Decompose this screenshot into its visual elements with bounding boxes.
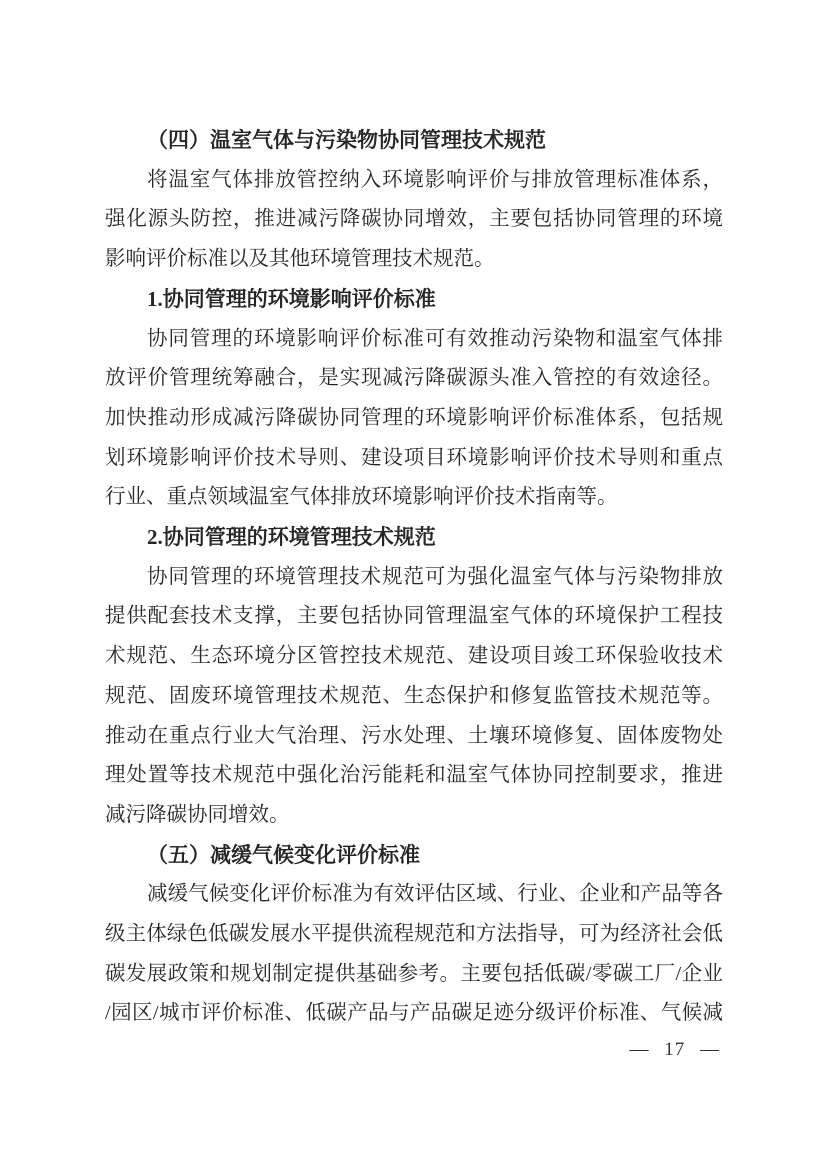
section-heading: （五）减缓气候变化评价标准: [105, 836, 723, 876]
page-number: — 17 —: [630, 1038, 721, 1062]
paragraph-line: 减缓气候变化评价标准为有效评估区域、行业、企业和产品等各: [105, 875, 723, 915]
section-subheading: 1.协同管理的环境影响评价标准: [105, 280, 723, 320]
paragraph-line: 协同管理的环境管理技术规范可为强化温室气体与污染物排放: [105, 558, 723, 598]
paragraph-line: 划环境影响评价技术导则、建设项目环境影响评价技术导则和重点: [105, 439, 723, 479]
paragraph-line: 行业、重点领域温室气体排放环境影响评价技术指南等。: [105, 478, 723, 518]
paragraph-line: 理处置等技术规范中强化治污能耗和温室气体协同控制要求，推进: [105, 756, 723, 796]
paragraph-line: 碳发展政策和规划制定提供基础参考。主要包括低碳/零碳工厂/企业: [105, 955, 723, 995]
paragraph-line: 影响评价标准以及其他环境管理技术规范。: [105, 240, 723, 280]
paragraph-line: /园区/城市评价标准、低碳产品与产品碳足迹分级评价标准、气候减: [105, 994, 723, 1034]
section-subheading: 2.协同管理的环境管理技术规范: [105, 518, 723, 558]
subheading-text: 2.协同管理的环境管理技术规范: [105, 518, 723, 558]
paragraph-line: 加快推动形成减污降碳协同管理的环境影响评价标准体系，包括规: [105, 399, 723, 439]
paragraph-line: 协同管理的环境影响评价标准可有效推动污染物和温室气体排: [105, 320, 723, 360]
paragraph-line: 将温室气体排放管控纳入环境影响评价与排放管理标准体系，: [105, 161, 723, 201]
paragraph-line: 术规范、生态环境分区管控技术规范、建设项目竣工环保验收技术: [105, 637, 723, 677]
paragraph-line: 级主体绿色低碳发展水平提供流程规范和方法指导，可为经济社会低: [105, 915, 723, 955]
paragraph: 减缓气候变化评价标准为有效评估区域、行业、企业和产品等各级主体绿色低碳发展水平提…: [105, 875, 723, 1034]
paragraph-line: 推动在重点行业大气治理、污水处理、土壤环境修复、固体废物处: [105, 717, 723, 757]
paragraph: 协同管理的环境影响评价标准可有效推动污染物和温室气体排放评价管理统筹融合，是实现…: [105, 320, 723, 519]
heading-text: （五）减缓气候变化评价标准: [105, 836, 723, 876]
paragraph: 协同管理的环境管理技术规范可为强化温室气体与污染物排放提供配套技术支撑，主要包括…: [105, 558, 723, 836]
paragraph: 将温室气体排放管控纳入环境影响评价与排放管理标准体系，强化源头防控，推进减污降碳…: [105, 161, 723, 280]
paragraph-line: 放评价管理统筹融合，是实现减污降碳源头准入管控的有效途径。: [105, 359, 723, 399]
document-content: （四）温室气体与污染物协同管理技术规范将温室气体排放管控纳入环境影响评价与排放管…: [105, 121, 723, 1034]
paragraph-line: 规范、固废环境管理技术规范、生态保护和修复监管技术规范等。: [105, 677, 723, 717]
paragraph-line: 提供配套技术支撑，主要包括协同管理温室气体的环境保护工程技: [105, 597, 723, 637]
document-page: （四）温室气体与污染物协同管理技术规范将温室气体排放管控纳入环境影响评价与排放管…: [0, 0, 826, 1169]
heading-text: （四）温室气体与污染物协同管理技术规范: [105, 121, 723, 161]
subheading-text: 1.协同管理的环境影响评价标准: [105, 280, 723, 320]
paragraph-line: 减污降碳协同增效。: [105, 796, 723, 836]
paragraph-line: 强化源头防控，推进减污降碳协同增效，主要包括协同管理的环境: [105, 200, 723, 240]
section-heading: （四）温室气体与污染物协同管理技术规范: [105, 121, 723, 161]
